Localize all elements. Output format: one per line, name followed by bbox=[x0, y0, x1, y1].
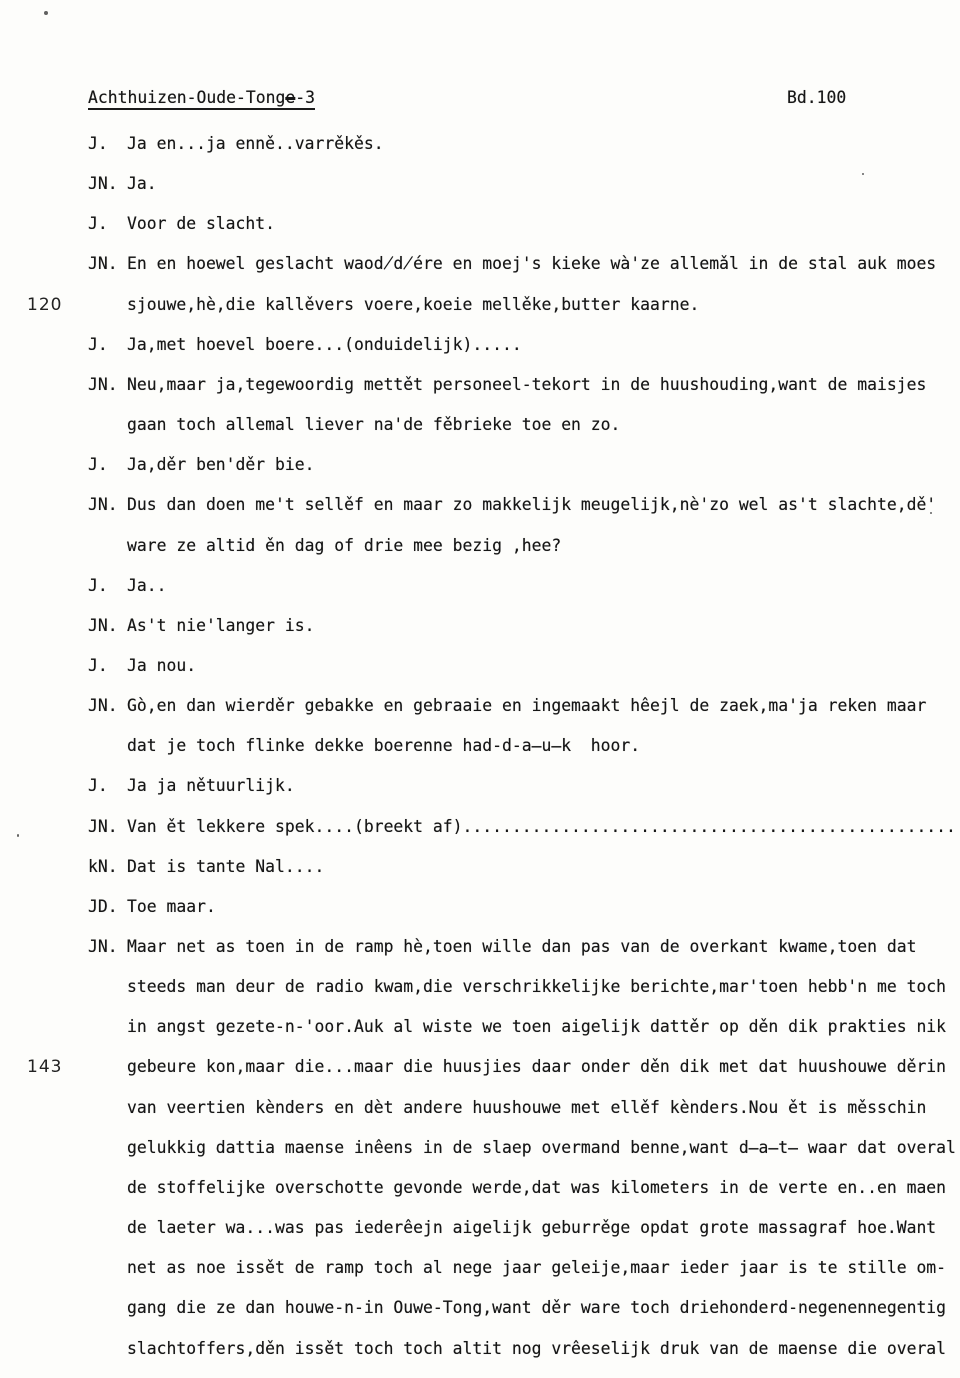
scan-speck bbox=[17, 834, 19, 837]
speaker-label: J. bbox=[88, 335, 108, 354]
line-text: gebeure kon,maar die...maar die huusjies… bbox=[127, 1057, 946, 1076]
line-text: Ja ja nětuurlijk. bbox=[127, 776, 295, 795]
line-text: van veertien kènders en dèt andere huush… bbox=[127, 1098, 926, 1117]
line-text: Dat is tante Nal.... bbox=[127, 857, 324, 876]
transcript-line: J.Ja,děr ben'děr bie. bbox=[0, 455, 960, 477]
transcript-line: gang die ze dan houwe-n-in Ouwe-Tong,wan… bbox=[0, 1298, 960, 1320]
transcript-line: kN.Dat is tante Nal.... bbox=[0, 857, 960, 879]
scan-speck bbox=[930, 512, 932, 514]
speaker-label: J. bbox=[88, 656, 108, 675]
transcript-line: JN.Van ět lekkere spek....(breekt af)...… bbox=[0, 817, 960, 839]
speaker-label: JN. bbox=[88, 616, 118, 635]
line-text: ware ze altid ěn dag of drie mee bezig ,… bbox=[127, 536, 561, 555]
line-text: Van ět lekkere spek....(breekt af)......… bbox=[127, 817, 956, 836]
transcript-line: net as noe issět de ramp toch al nege ja… bbox=[0, 1258, 960, 1280]
speaker-label: JD. bbox=[88, 897, 118, 916]
transcript-line: JN.As't nie'langer is. bbox=[0, 616, 960, 638]
transcript-line: J.Ja ja nětuurlijk. bbox=[0, 776, 960, 798]
line-text: de laeter wa...was pas iederêejn aigelij… bbox=[127, 1218, 936, 1237]
line-text: Ja en...ja enně..varrěkěs. bbox=[127, 134, 384, 153]
line-text: slachtoffers,děn issět toch toch altit n… bbox=[127, 1339, 946, 1358]
transcript-line: J.Ja,met hoevel boere...(onduidelijk)...… bbox=[0, 335, 960, 357]
transcript-line: van veertien kènders en dèt andere huush… bbox=[0, 1098, 960, 1120]
line-text: sjouwe,hè,die kallěvers voere,koeie mell… bbox=[127, 295, 699, 314]
speaker-label: JN. bbox=[88, 375, 118, 394]
speaker-label: JN. bbox=[88, 254, 118, 273]
transcript-line: de laeter wa...was pas iederêejn aigelij… bbox=[0, 1218, 960, 1240]
transcript-line: gaan toch allemal liever na'de fěbrieke … bbox=[0, 415, 960, 437]
transcript-line: JN.Neu,maar ja,tegewoordig mettět person… bbox=[0, 375, 960, 397]
line-text: Ja,děr ben'děr bie. bbox=[127, 455, 315, 474]
line-text: gang die ze dan houwe-n-in Ouwe-Tong,wan… bbox=[127, 1298, 946, 1317]
line-text: de stoffelijke overschotte gevonde werde… bbox=[127, 1178, 946, 1197]
line-text: steeds man deur de radio kwam,die versch… bbox=[127, 977, 946, 996]
speaker-label: JN. bbox=[88, 174, 118, 193]
line-text: As't nie'langer is. bbox=[127, 616, 315, 635]
speaker-label: kN. bbox=[88, 857, 118, 876]
transcript-line: ware ze altid ěn dag of drie mee bezig ,… bbox=[0, 536, 960, 558]
line-text: Maar net as toen in de ramp hè,toen will… bbox=[127, 937, 916, 956]
transcript-line: 120sjouwe,hè,die kallěvers voere,koeie m… bbox=[0, 295, 960, 317]
line-text: Ja.. bbox=[127, 576, 166, 595]
line-text: Voor de slacht. bbox=[127, 214, 275, 233]
transcript-line: slachtoffers,děn issět toch toch altit n… bbox=[0, 1339, 960, 1361]
transcript-line: dat je toch flinke dekke boerenne had-d-… bbox=[0, 736, 960, 758]
transcript-line: de stoffelijke overschotte gevonde werde… bbox=[0, 1178, 960, 1200]
transcript-line: steeds man deur de radio kwam,die versch… bbox=[0, 977, 960, 999]
transcript-line: gelukkig dattia maense inêens in de slae… bbox=[0, 1138, 960, 1160]
transcript-line: J.Ja nou. bbox=[0, 656, 960, 678]
line-text: Dus dan doen me't sellěf en maar zo makk… bbox=[127, 495, 936, 514]
line-text: in angst gezete-n-'oor.Auk al wiste we t… bbox=[127, 1017, 946, 1036]
transcript-line: in angst gezete-n-'oor.Auk al wiste we t… bbox=[0, 1017, 960, 1039]
transcript-line: J.Ja en...ja enně..varrěkěs. bbox=[0, 134, 960, 156]
line-text: Ja nou. bbox=[127, 656, 196, 675]
transcript-line: JN.En en hoewel geslacht waod̸d̸ére en m… bbox=[0, 254, 960, 276]
line-text: gelukkig dattia maense inêens in de slae… bbox=[127, 1138, 956, 1157]
line-text: Ja. bbox=[127, 174, 157, 193]
speaker-label: J. bbox=[88, 576, 108, 595]
line-text: dat je toch flinke dekke boerenne had-d-… bbox=[127, 736, 640, 755]
scanned-transcript-page: Achthuizen-Oude-Tonge-3 Bd.100 J.Ja en..… bbox=[0, 0, 960, 1378]
transcript-line: JN.Gò,en dan wierděr gebakke en gebraaie… bbox=[0, 696, 960, 718]
line-text: Toe maar. bbox=[127, 897, 216, 916]
line-text: Gò,en dan wierděr gebakke en gebraaie en… bbox=[127, 696, 926, 715]
speaker-label: J. bbox=[88, 776, 108, 795]
transcript-line: 143gebeure kon,maar die...maar die huusj… bbox=[0, 1057, 960, 1079]
speaker-label: J. bbox=[88, 455, 108, 474]
speaker-label: JN. bbox=[88, 696, 118, 715]
transcript-line: JD.Toe maar. bbox=[0, 897, 960, 919]
margin-line-number: 143 bbox=[27, 1057, 62, 1077]
line-text: net as noe issět de ramp toch al nege ja… bbox=[127, 1258, 946, 1277]
line-text: Ja,met hoevel boere...(onduidelijk)..... bbox=[127, 335, 522, 354]
transcript-line: J.Voor de slacht. bbox=[0, 214, 960, 236]
line-text: En en hoewel geslacht waod̸d̸ére en moej… bbox=[127, 254, 936, 273]
transcript-lines: J.Ja en...ja enně..varrěkěs.JN.Ja.J.Voor… bbox=[0, 0, 960, 1378]
line-text: Neu,maar ja,tegewoordig mettět personeel… bbox=[127, 375, 926, 394]
transcript-line: JN.Dus dan doen me't sellěf en maar zo m… bbox=[0, 495, 960, 517]
speaker-label: JN. bbox=[88, 817, 118, 836]
speaker-label: JN. bbox=[88, 937, 118, 956]
transcript-line: J.Ja.. bbox=[0, 576, 960, 598]
scan-speck bbox=[862, 173, 864, 175]
line-text: gaan toch allemal liever na'de fěbrieke … bbox=[127, 415, 620, 434]
scan-speck bbox=[44, 11, 48, 15]
margin-line-number: 120 bbox=[27, 295, 62, 315]
transcript-line: JN.Maar net as toen in de ramp hè,toen w… bbox=[0, 937, 960, 959]
transcript-line: JN.Ja. bbox=[0, 174, 960, 196]
speaker-label: J. bbox=[88, 214, 108, 233]
speaker-label: JN. bbox=[88, 495, 118, 514]
speaker-label: J. bbox=[88, 134, 108, 153]
